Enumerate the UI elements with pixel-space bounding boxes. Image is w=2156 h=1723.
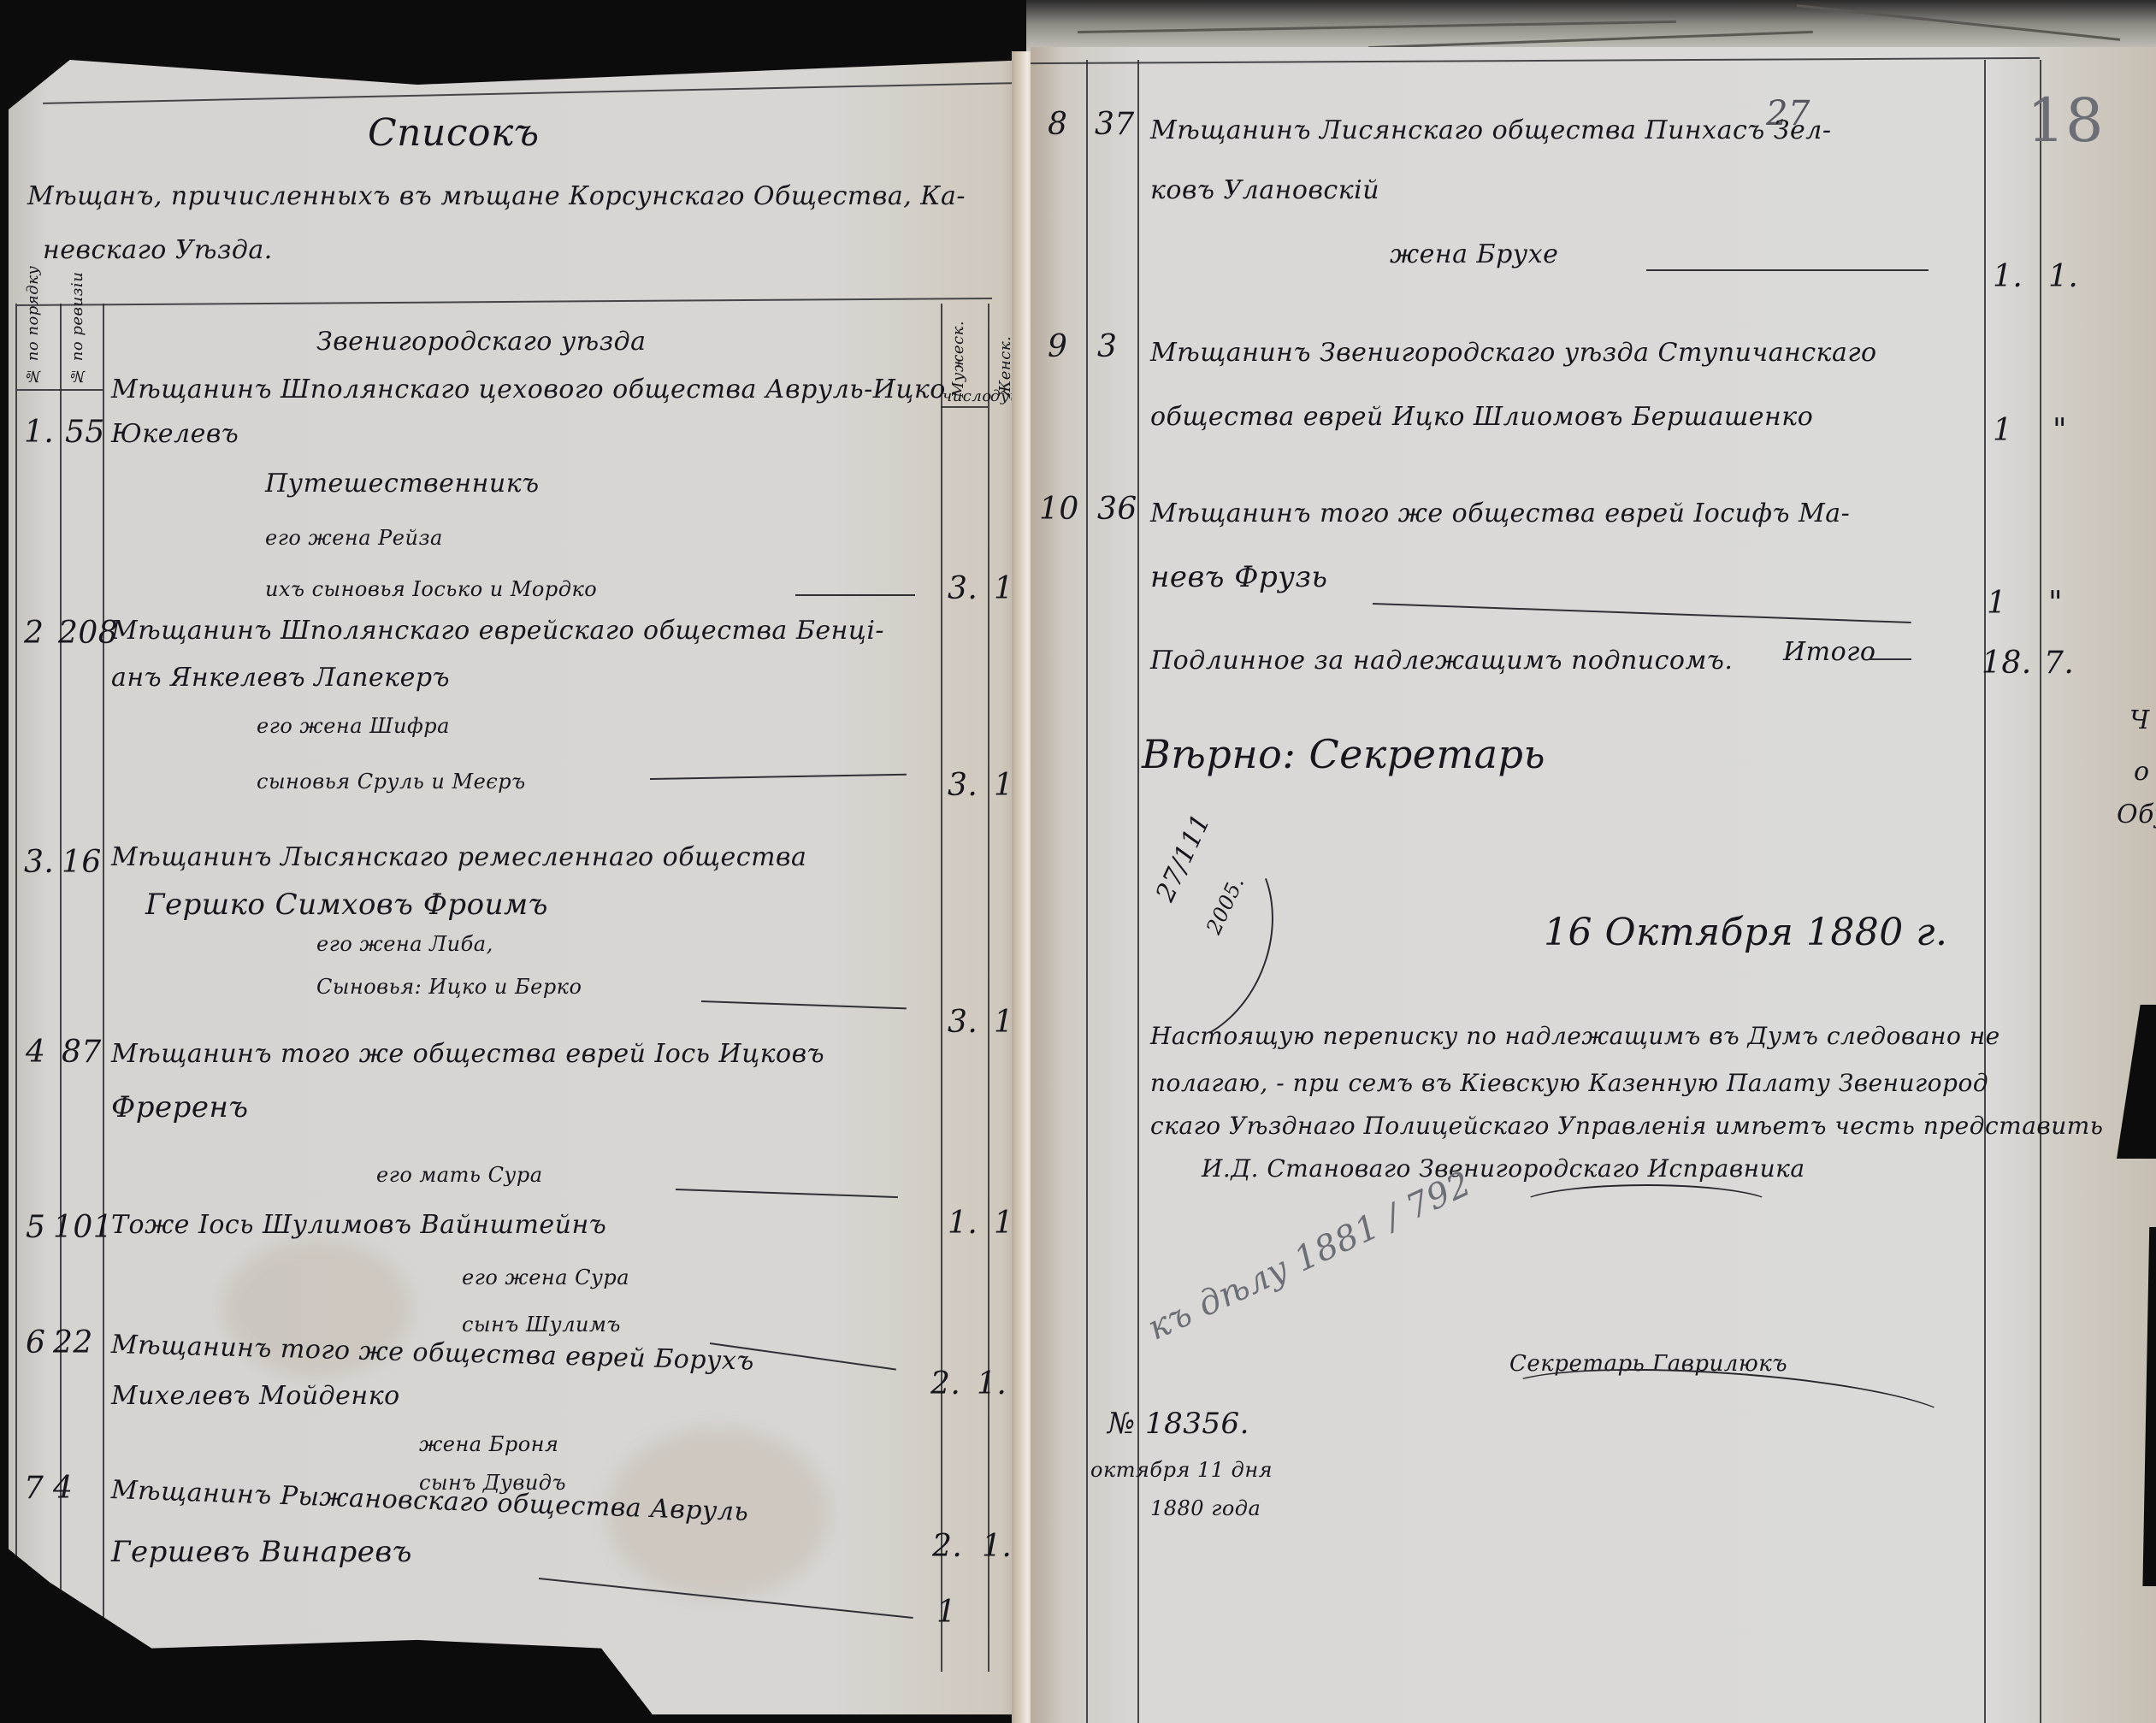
col-header-revision-no: № по ревизіи [68,316,86,385]
outgoing-date-1: октября 11 дня [1090,1458,1273,1482]
section-title: Звенигородскаго уѣзда [316,327,647,357]
col-header-order-no: № по порядку [24,316,42,385]
outgoing-number: № 18356. [1108,1407,1249,1441]
margin-fragment-3: Обу [2117,800,2156,829]
date-line: 16 Октября 1880 г. [1544,911,1948,954]
pencil-note: къ дѣлу 1881 / 792 [1142,1164,1477,1348]
total-men: 18. [1982,646,2032,681]
outgoing-date-2: 1880 года [1150,1496,1261,1520]
right-page: 18 27 8 37 Мѣщанинъ Лисянскаго общества … [1031,47,2156,1723]
heading-line-2: невскаго Уѣзда. [43,235,273,265]
heading-line-1: Мѣщанъ, причисленныхъ въ мѣщане Корсунск… [27,181,966,211]
folio-number: 18 [2027,86,2104,156]
scanned-book-spread: Списокъ Мѣщанъ, причисленныхъ въ мѣщане … [0,0,2156,1723]
total-label: Итого [1783,637,1875,667]
margin-fragment-1: Ч [2129,705,2150,735]
col-header-men: Мужеск. [949,312,967,398]
col-sub-men: число [942,387,992,405]
margin-fragment-2: о [2134,757,2150,787]
list-title: Списокъ [368,111,540,155]
certified-secretary: Вѣрно: Секретарь [1142,731,1545,777]
signature-note: Подлинное за надлежащимъ подписомъ. [1150,646,1733,676]
total-women: 7. [2044,646,2074,681]
left-page: Списокъ Мѣщанъ, причисленныхъ въ мѣщане … [9,60,1031,1714]
